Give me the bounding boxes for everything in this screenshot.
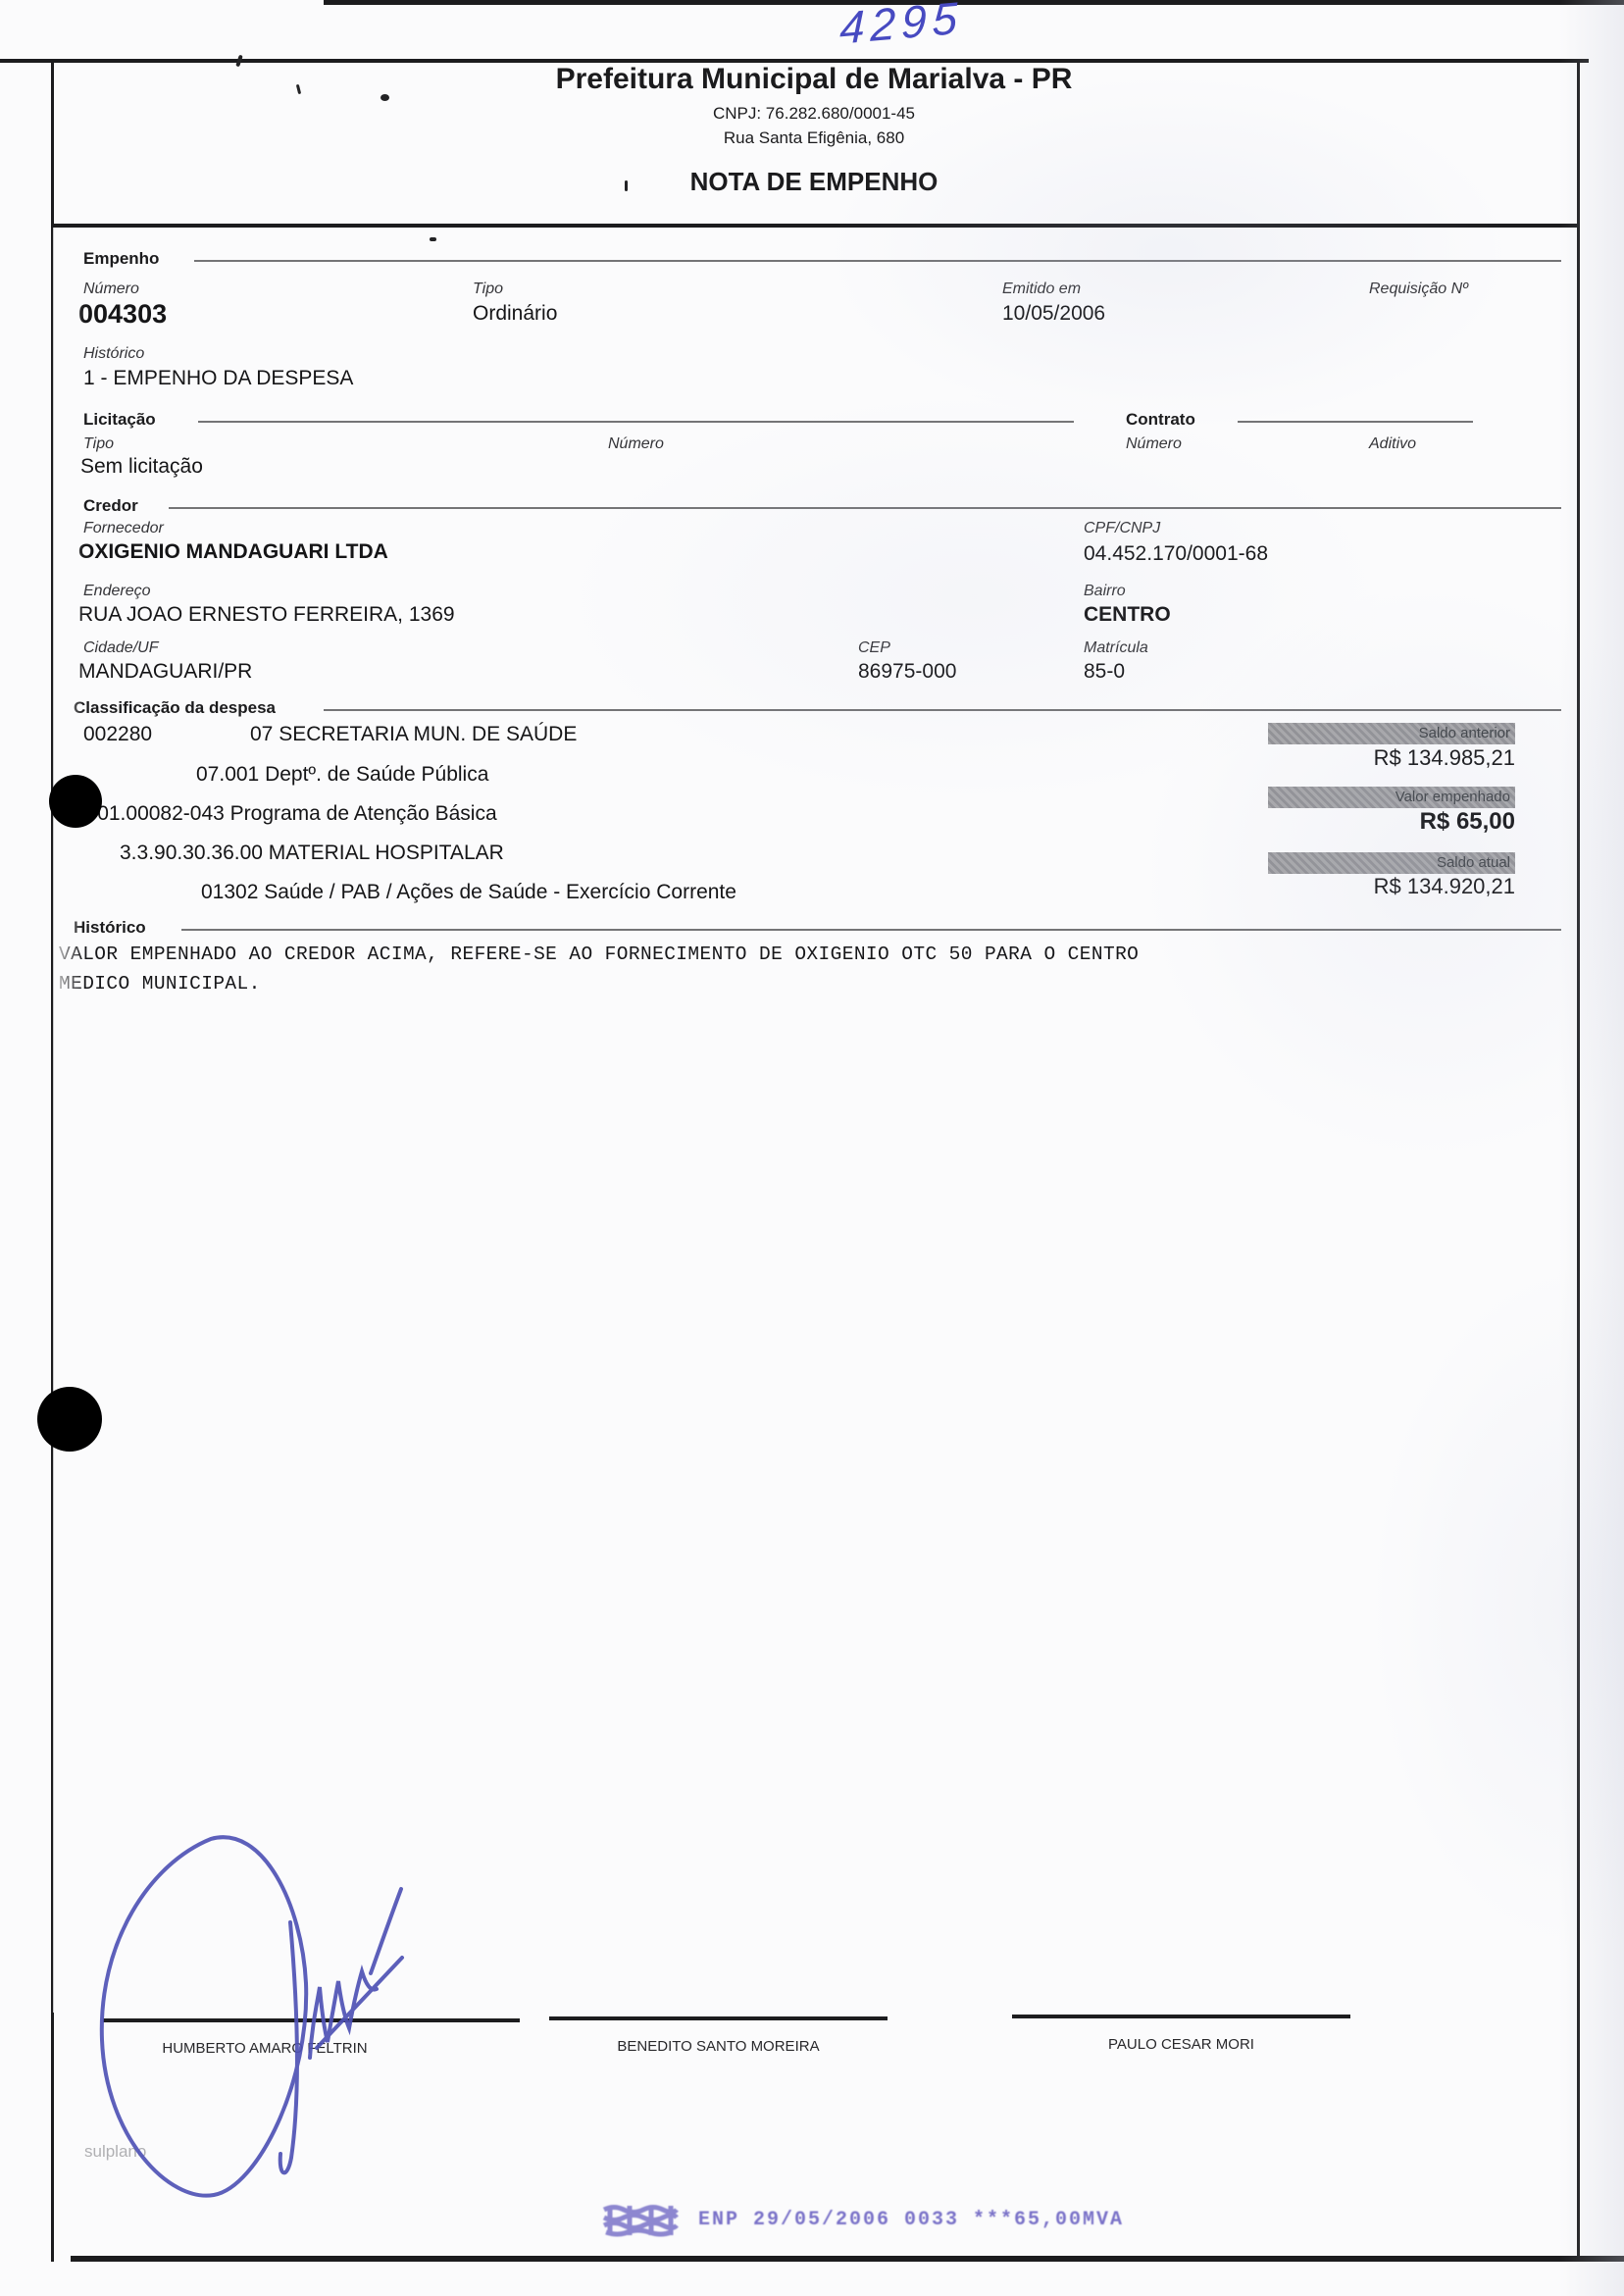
scan-speck (381, 94, 389, 101)
classificacao-row: 0.301.00082-043 Programa de Atenção Bási… (69, 802, 497, 826)
scan-speck (430, 237, 436, 241)
empenho-numero-label: Número (83, 281, 139, 298)
historico-text-line2: MEDICO MUNICIPAL. (59, 973, 261, 995)
section-classificacao-label: Classificação da despesa (74, 698, 276, 718)
contrato-aditivo-label: Aditivo (1369, 435, 1416, 453)
credor-cidade-label: Cidade/UF (83, 639, 158, 657)
valor-empenhado-band: Valor empenhado (1268, 787, 1515, 808)
credor-fornecedor-value: OXIGENIO MANDAGUARI LTDA (78, 540, 388, 564)
contrato-numero-label: Número (1126, 435, 1182, 453)
empenho-emitido-value: 10/05/2006 (1002, 302, 1105, 326)
credor-bairro-value: CENTRO (1084, 603, 1171, 627)
section-historico-rule (181, 929, 1561, 931)
org-cnpj: CNPJ: 76.282.680/0001-45 (51, 104, 1577, 124)
empenho-tipo-value: Ordinário (473, 302, 557, 326)
section-contrato-rule (1238, 421, 1473, 423)
saldo-atual-band: Saldo atual (1268, 852, 1515, 874)
section-historico-label: Histórico (74, 918, 146, 938)
saldo-anterior-band: Saldo anterior (1268, 723, 1515, 744)
empenho-tipo-label: Tipo (473, 281, 503, 298)
credor-endereco-value: RUA JOAO ERNESTO FERREIRA, 1369 (78, 603, 455, 627)
credor-endereco-label: Endereço (83, 583, 151, 600)
credor-cidade-value: MANDAGUARI/PR (78, 660, 252, 684)
credor-cep-label: CEP (858, 639, 890, 657)
empenho-historico-value: 1 - EMPENHO DA DESPESA (83, 367, 353, 390)
empenho-requisicao-label: Requisição Nº (1369, 281, 1468, 298)
section-licitacao-rule (198, 421, 1074, 423)
section-contrato-label: Contrato (1126, 410, 1195, 430)
header-divider (51, 224, 1580, 228)
section-licitacao-label: Licitação (83, 410, 156, 430)
signatory-name-2: BENEDITO SANTO MOREIRA (549, 2038, 888, 2055)
section-credor-label: Credor (83, 496, 138, 516)
credor-fornecedor-label: Fornecedor (83, 520, 164, 537)
historico-text-line1: VALOR EMPENHADO AO CREDOR ACIMA, REFERE-… (59, 944, 1139, 965)
frame-left-line (51, 59, 54, 2262)
scan-edge-top (324, 0, 1624, 5)
org-title: Prefeitura Municipal de Marialva - PR (51, 63, 1577, 96)
handwritten-number: 4295 (839, 0, 964, 55)
credor-matricula-label: Matrícula (1084, 639, 1148, 657)
licitacao-numero-label: Número (608, 435, 664, 453)
licitacao-tipo-label: Tipo (83, 435, 114, 453)
scan-left-fade (53, 228, 84, 2013)
empenho-numero-value: 004303 (78, 299, 167, 330)
empenho-emitido-label: Emitido em (1002, 281, 1081, 298)
classificacao-row: 3.3.90.30.36.00 MATERIAL HOSPITALAR (120, 842, 504, 865)
classificacao-row: 07 SECRETARIA MUN. DE SAÚDE (250, 723, 577, 746)
section-credor-rule (169, 507, 1561, 509)
valor-empenhado-value: R$ 65,00 (1268, 808, 1515, 836)
stamp-logo-smudge (600, 2203, 681, 2238)
scan-speck (625, 180, 628, 191)
signature-line-2 (549, 2016, 888, 2020)
licitacao-tipo-value: Sem licitação (80, 455, 203, 479)
saldo-anterior-value: R$ 134.985,21 (1268, 745, 1515, 771)
org-address: Rua Santa Efigênia, 680 (51, 128, 1577, 148)
hole-punch-top (49, 775, 102, 828)
classificacao-row: 07.001 Deptº. de Saúde Pública (196, 763, 488, 787)
credor-cep-value: 86975-000 (858, 660, 956, 684)
credor-cpfcnpj-value: 04.452.170/0001-68 (1084, 542, 1268, 566)
hole-punch-bottom (37, 1387, 102, 1452)
frame-right-line (1577, 59, 1580, 2262)
frame-bottom-line (71, 2256, 1624, 2262)
signature-line-3 (1012, 2015, 1350, 2018)
signatory-name-3: PAULO CESAR MORI (1012, 2036, 1350, 2053)
credor-matricula-value: 85-0 (1084, 660, 1125, 684)
empenho-historico-label: Histórico (83, 345, 144, 363)
doc-title: NOTA DE EMPENHO (51, 167, 1577, 197)
section-empenho-label: Empenho (83, 249, 159, 269)
classificacao-row-code: 002280 (83, 723, 152, 746)
section-classificacao-rule (324, 709, 1561, 711)
section-empenho-rule (194, 260, 1561, 262)
saldo-atual-value: R$ 134.920,21 (1268, 874, 1515, 899)
credor-cpfcnpj-label: CPF/CNPJ (1084, 520, 1160, 537)
handwritten-signature (76, 1824, 415, 2207)
stamp-text: ENP 29/05/2006 0033 ***65,00MVA (698, 2209, 1124, 2231)
credor-bairro-label: Bairro (1084, 583, 1126, 600)
classificacao-row: 01302 Saúde / PAB / Ações de Saúde - Exe… (201, 881, 736, 904)
scanned-document-page: 4295 Prefeitura Municipal de Marialva - … (0, 0, 1624, 2296)
